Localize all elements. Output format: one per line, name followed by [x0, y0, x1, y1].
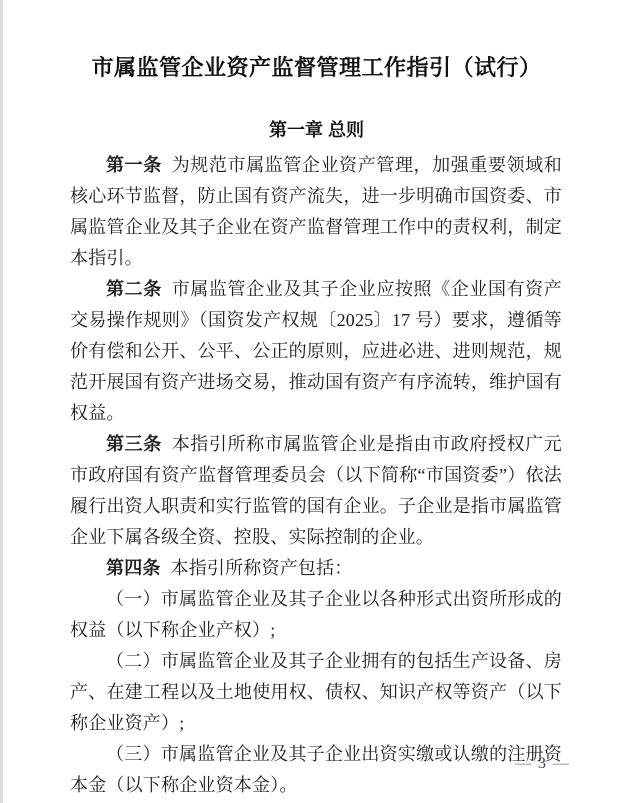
document-body: 第一条为规范市属监管企业资产管理，加强重要领域和核心环节监督，防止国有资产流失，… — [70, 150, 562, 801]
article-number-label: 第三条 — [106, 434, 162, 454]
document-page: 市属监管企业资产监督管理工作指引（试行） 第一章 总则 第一条为规范市属监管企业… — [0, 0, 633, 803]
paragraph-article-3: 第三条本指引所称市属监管企业是指由市政府授权广元市政府国有资产监督管理委员会（以… — [70, 429, 562, 553]
paragraph-text: （一）市属监管企业及其子企业以各种形式出资所形成的权益（以下称企业产权）; — [70, 589, 562, 640]
scan-edge-artifact — [0, 0, 3, 803]
paragraph-text: （二）市属监管企业及其子企业拥有的包括生产设备、房产、在建工程以及土地使用权、债… — [70, 651, 562, 733]
page-number-dash-left: — — [515, 755, 531, 772]
page-number-value: 3 — [538, 755, 546, 772]
paragraph-item-1: （一）市属监管企业及其子企业以各种形式出资所形成的权益（以下称企业产权）; — [70, 584, 562, 646]
paragraph-item-3: （三）市属监管企业及其子企业出资实缴或认缴的注册资本金（以下称企业资本金）。 — [70, 739, 562, 801]
article-number-label: 第二条 — [106, 279, 162, 299]
page-number-dash-right: — — [553, 755, 569, 772]
article-number-label: 第四条 — [106, 558, 161, 578]
paragraph-article-1: 第一条为规范市属监管企业资产管理，加强重要领域和核心环节监督，防止国有资产流失，… — [70, 150, 562, 274]
document-title: 市属监管企业资产监督管理工作指引（试行） — [0, 0, 633, 84]
paragraph-article-2: 第二条市属监管企业及其子企业应按照《企业国有资产交易操作规则》（国资发产权规〔2… — [70, 274, 562, 429]
paragraph-item-2: （二）市属监管企业及其子企业拥有的包括生产设备、房产、在建工程以及土地使用权、债… — [70, 646, 562, 739]
article-number-label: 第一条 — [106, 155, 162, 175]
paragraph-article-4: 第四条本指引所称资产包括： — [70, 553, 562, 584]
chapter-heading: 第一章 总则 — [0, 120, 633, 140]
page-number: —3— — [515, 755, 569, 773]
paragraph-text: 本指引所称资产包括： — [171, 558, 353, 578]
paragraph-text: （三）市属监管企业及其子企业出资实缴或认缴的注册资本金（以下称企业资本金）。 — [70, 744, 562, 795]
paragraph-text: 市属监管企业及其子企业应按照《企业国有资产交易操作规则》（国资发产权规〔2025… — [70, 279, 562, 423]
